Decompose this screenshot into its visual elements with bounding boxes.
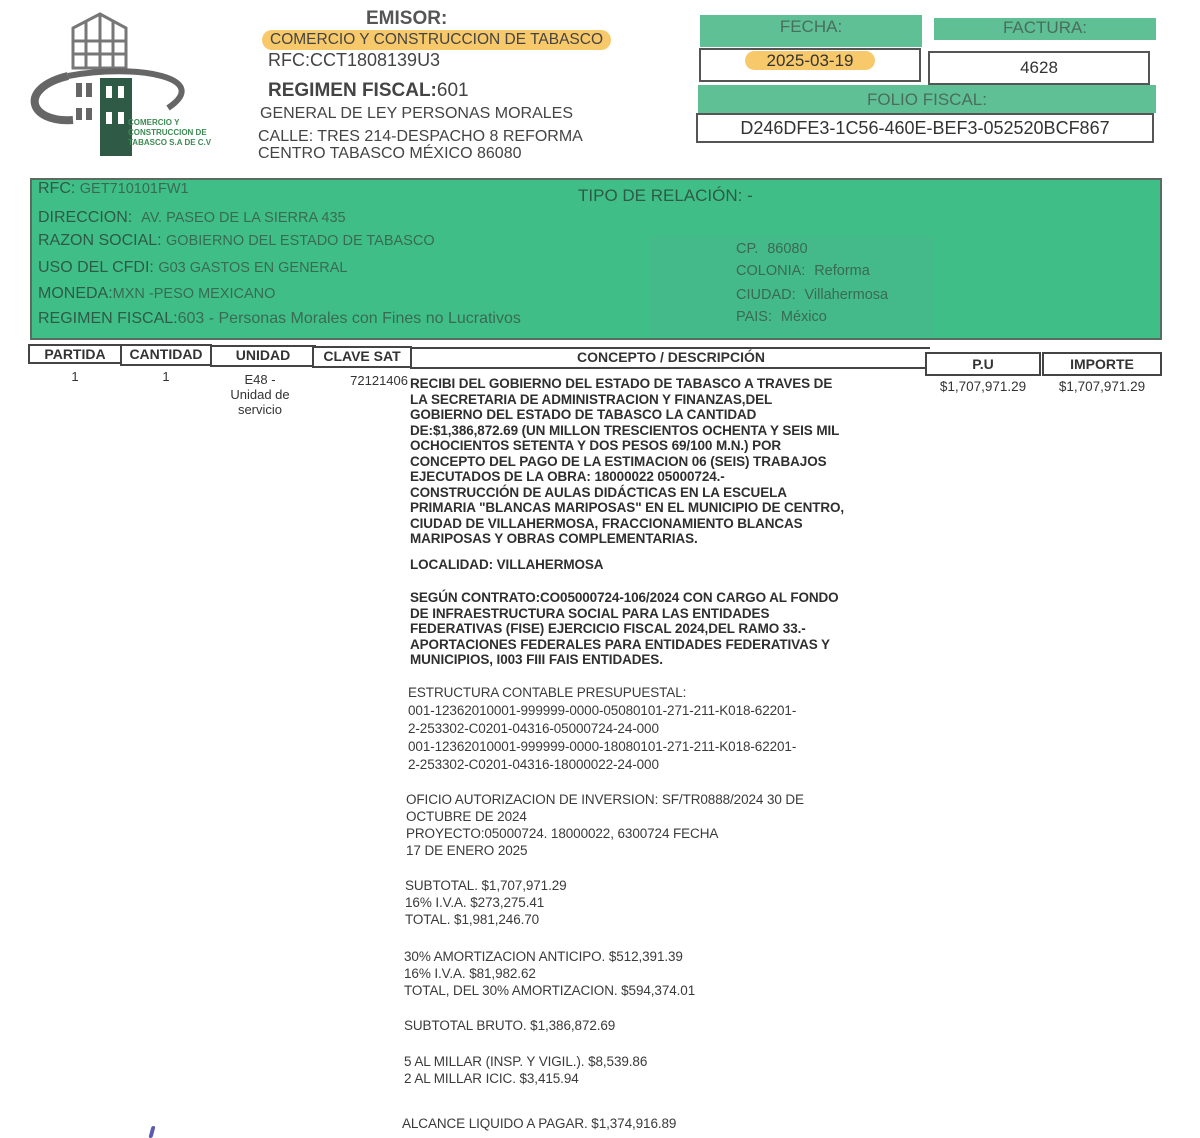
folio-value: D246DFE3-1C56-460E-BEF3-052520BCF867 <box>696 113 1154 143</box>
concepto-oficio: OFICIO AUTORIZACION DE INVERSION: SF/TR0… <box>406 791 906 859</box>
concepto-millar: 5 AL MILLAR (INSP. Y VIGIL.). $8,539.86 … <box>404 1053 904 1087</box>
concepto-localidad: LOCALIDAD: VILLAHERMOSA <box>410 557 910 573</box>
col-cantidad: CANTIDAD <box>120 344 212 366</box>
concepto-estructura: ESTRUCTURA CONTABLE PRESUPUESTAL: 001-12… <box>408 684 908 774</box>
factura-value: 4628 <box>928 51 1150 85</box>
col-concepto: CONCEPTO / DESCRIPCIÓN <box>410 347 930 369</box>
row-cantidad: 1 <box>120 370 212 384</box>
receptor-razon-social: GOBIERNO DEL ESTADO DE TABASCO <box>166 233 435 249</box>
concepto-contrato: SEGÚN CONTRATO:CO05000724-106/2024 CON C… <box>410 590 910 668</box>
emisor-regimen: REGIMEN FISCAL:601 <box>268 80 469 102</box>
row-importe: $1,707,971.29 <box>1042 380 1162 394</box>
logo-caption: COMERCIO Y CONSTRUCCION DE TABASCO S.A D… <box>128 118 211 148</box>
row-unidad: E48 - Unidad de servicio <box>210 372 310 417</box>
row-pu: $1,707,971.29 <box>925 380 1041 394</box>
col-importe: IMPORTE <box>1042 352 1162 376</box>
row-clave-sat: 72121406 <box>312 374 412 388</box>
col-unidad: UNIDAD <box>210 345 316 367</box>
tipo-relacion: TIPO DE RELACIÓN: - <box>578 186 753 205</box>
emisor-name: COMERCIO Y CONSTRUCCION DE TABASCO <box>262 30 611 50</box>
receptor-regimen: 603 - Personas Morales con Fines no Lucr… <box>178 310 521 327</box>
emisor-address-1: CALLE: TRES 214-DESPACHO 8 REFORMA <box>258 128 583 146</box>
col-clave-sat: CLAVE SAT <box>312 346 412 368</box>
concepto-alcance-liquido: ALCANCE LIQUIDO A PAGAR. $1,374,916.89 <box>402 1116 902 1132</box>
fecha-value: 2025-03-19 <box>745 51 876 70</box>
folio-label: FOLIO FISCAL: <box>698 85 1156 113</box>
pen-mark <box>148 1126 155 1138</box>
receptor-pais: México <box>781 309 827 325</box>
emisor-regimen-desc: GENERAL DE LEY PERSONAS MORALES <box>260 105 573 123</box>
receptor-cp: 86080 <box>767 241 807 257</box>
emisor-rfc: RFC:CCT1808139U3 <box>268 50 440 71</box>
receptor-rfc: GET710101FW1 <box>80 181 189 197</box>
factura-label: FACTURA: <box>934 18 1156 40</box>
receptor-ciudad: Villahermosa <box>805 287 889 303</box>
col-pu: P.U <box>925 352 1041 376</box>
fecha-value-box: 2025-03-19 <box>699 48 921 82</box>
fecha-label: FECHA: <box>700 15 922 47</box>
receptor-panel: RFC: GET710101FW1 TIPO DE RELACIÓN: - DI… <box>30 178 1162 340</box>
concepto-amortizacion: 30% AMORTIZACION ANTICIPO. $512,391.39 1… <box>404 948 904 999</box>
concepto-totales: SUBTOTAL. $1,707,971.29 16% I.V.A. $273,… <box>405 877 905 928</box>
emisor-title: EMISOR: <box>366 8 447 30</box>
receptor-colonia: Reforma <box>814 263 870 279</box>
emisor-address-2: CENTRO TABASCO MÉXICO 86080 <box>258 145 521 163</box>
row-partida: 1 <box>28 370 122 384</box>
concepto-subtotal-bruto: SUBTOTAL BRUTO. $1,386,872.69 <box>404 1018 904 1034</box>
col-partida: PARTIDA <box>28 344 122 364</box>
receptor-moneda: MXN -PESO MEXICANO <box>113 286 276 302</box>
receptor-direccion: AV. PASEO DE LA SIERRA 435 <box>141 210 345 226</box>
company-logo: COMERCIO Y CONSTRUCCION DE TABASCO S.A D… <box>28 8 228 158</box>
concepto-descripcion: RECIBI DEL GOBIERNO DEL ESTADO DE TABASC… <box>410 376 910 547</box>
receptor-uso-cfdi: G03 GASTOS EN GENERAL <box>158 260 347 276</box>
